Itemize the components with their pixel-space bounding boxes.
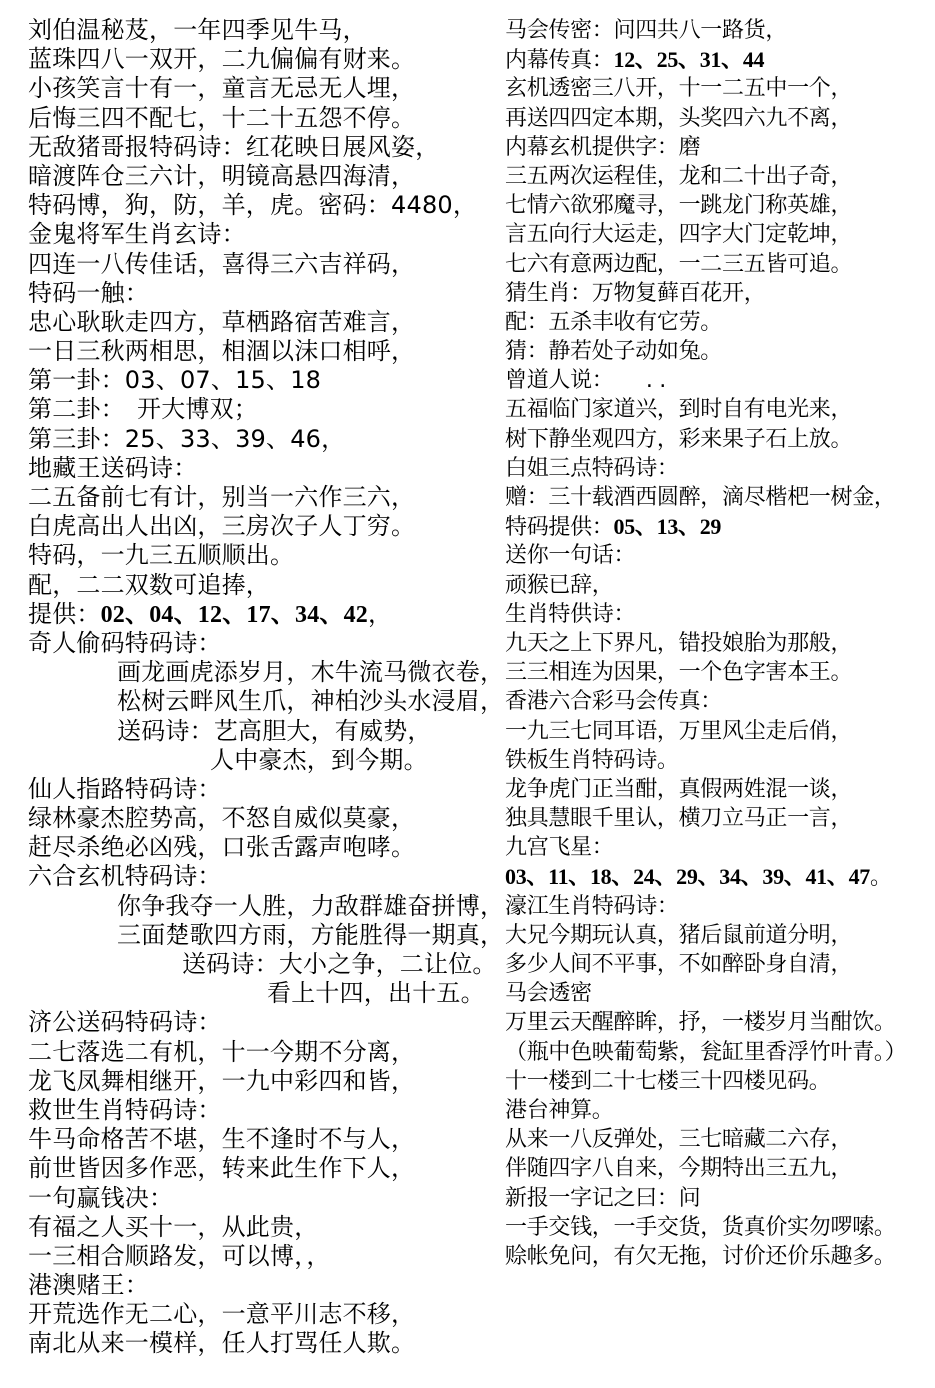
text-line: 送码诗：大小之争，二让位。 <box>28 950 500 979</box>
text-line: 赶尽杀绝必凶残，口张舌露声咆哮。 <box>28 833 500 862</box>
text-segment: ， <box>368 600 392 628</box>
text-line: 蓝珠四八一双开，二九偏偏有财来。 <box>28 45 500 74</box>
text-segment: 特码博，狗，防，羊，虎。密码：4480， <box>28 191 477 219</box>
text-line: 二五备前七有计，别当一六作三六， <box>28 483 500 512</box>
text-line: 看上十四，出十五。 <box>28 979 500 1008</box>
text-segment: 赶尽杀绝必凶残，口张舌露声咆哮。 <box>28 833 415 861</box>
text-segment: 十一楼到二十七楼三十四楼见码。 <box>505 1069 831 1094</box>
text-line: 三五两次运程佳，龙和二十出子奇， <box>505 162 935 191</box>
text-segment: 一日三秋两相思，相涸以沫口相呼， <box>28 337 415 365</box>
text-segment: 配，二二双数可追捧， <box>28 571 270 599</box>
text-line: 送码诗：艺高胆大，有威势， <box>28 717 500 746</box>
text-segment: 二五备前七有计，别当一六作三六， <box>28 483 415 511</box>
text-segment: 龙飞凤舞相继开，一九中彩四和皆， <box>28 1067 415 1095</box>
text-line: 九天之上下界凡，错投娘胎为那般， <box>505 629 935 658</box>
text-line: 特码博，狗，防，羊，虎。密码：4480， <box>28 191 500 220</box>
text-segment: 松树云畔风生爪，神柏沙头水浸眉， <box>117 687 504 715</box>
text-segment: 马会透密 <box>505 981 592 1006</box>
text-line: 从来一八反弹处，三七暗藏二六存， <box>505 1125 935 1154</box>
text-line: 生肖特供诗： <box>505 600 935 629</box>
text-segment: 一手交钱，一手交货，货真价实勿啰嗦。 <box>505 1215 896 1240</box>
text-segment: 玄机透密三八开，十一二五中一个， <box>505 76 852 101</box>
text-line: 一句赢钱决： <box>28 1184 500 1213</box>
text-segment: 四连一八传佳话，喜得三六吉祥码， <box>28 250 415 278</box>
text-line: 一手交钱，一手交货，货真价实勿啰嗦。 <box>505 1213 935 1242</box>
text-line: 暗渡阵仓三六计，明镜高悬四海清， <box>28 162 500 191</box>
text-line: 牛马命格苦不堪，生不逢时不与人， <box>28 1125 500 1154</box>
text-line: 忠心耿耿走四方，草栖路宿苦难言， <box>28 308 500 337</box>
text-line: 03、11、18、24、29、34、39、41、47。 <box>505 862 935 891</box>
text-line: 你争我夺一人胜，力敌群雄奋拼博， <box>28 892 500 921</box>
text-segment: 五福临门家道兴，到时自有电光来， <box>505 397 852 422</box>
text-line: 松树云畔风生爪，神柏沙头水浸眉， <box>28 687 500 716</box>
text-segment: 南北从来一模样，任人打骂任人欺。 <box>28 1329 415 1357</box>
text-line: 顽猴已辞， <box>505 571 935 600</box>
text-line: 开荒选作无二心，一意平川志不移， <box>28 1300 500 1329</box>
text-line: 白虎高出人出凶，三房次子人丁穷。 <box>28 512 500 541</box>
text-line: 马会透密 <box>505 979 935 1008</box>
right-text-column: 马会传密：问四共八一路货，内幕传真：12、25、31、44玄机透密三八开，十一二… <box>505 16 935 1271</box>
text-segment: 二七落选二有机，十一今期不分离， <box>28 1038 415 1066</box>
text-segment: 生肖特供诗： <box>505 602 635 627</box>
text-line: 树下静坐观四方，彩来果子石上放。 <box>505 425 935 454</box>
text-line: 特码提供：05、13、29 <box>505 512 935 541</box>
text-line: 二七落选二有机，十一今期不分离， <box>28 1038 500 1067</box>
text-segment: 救世生肖特码诗： <box>28 1096 222 1124</box>
text-segment: 一九三七同耳语，万里风尘走后俏， <box>505 719 852 744</box>
text-line: 六合玄机特码诗： <box>28 862 500 891</box>
text-segment: 第二卦： 开大博双； <box>28 395 258 423</box>
text-line: 港澳赌王： <box>28 1271 500 1300</box>
text-line: 七情六欲邪魔寻，一跳龙门称英雄， <box>505 191 935 220</box>
text-segment: 后悔三四不配七，十二十五怨不停。 <box>28 104 415 132</box>
text-segment: 送码诗：大小之争，二让位。 <box>182 950 497 978</box>
text-line: 三面楚歌四方雨，方能胜得一期真， <box>28 921 500 950</box>
text-line: 仙人指路特码诗： <box>28 775 500 804</box>
text-line: 后悔三四不配七，十二十五怨不停。 <box>28 104 500 133</box>
text-segment: 九宫飞星： <box>505 835 614 860</box>
text-segment: 特码，一九三五顺顺出。 <box>28 541 294 569</box>
text-segment: 。 <box>870 865 892 890</box>
text-segment: 从来一八反弹处，三七暗藏二六存， <box>505 1127 852 1152</box>
text-line: 九宫飞星： <box>505 833 935 862</box>
text-segment: 金鬼将军生肖玄诗： <box>28 220 246 248</box>
text-line: 内幕玄机提供字：磨 <box>505 133 935 162</box>
text-segment: 前世皆因多作恶，转来此生作下人， <box>28 1154 415 1182</box>
text-segment: 大兄今期玩认真，猪后鼠前道分明， <box>505 923 852 948</box>
text-segment: 开荒选作无二心，一意平川志不移， <box>28 1300 415 1328</box>
text-segment: 赠：三十载酒西圆醉，滴尽楷杷一树金， <box>505 485 896 510</box>
text-line: 南北从来一模样，任人打骂任人欺。 <box>28 1329 500 1358</box>
text-line: 曾道人说： . . <box>505 366 935 395</box>
text-segment: 白姐三点特码诗： <box>505 456 679 481</box>
text-segment: 牛马命格苦不堪，生不逢时不与人， <box>28 1125 415 1153</box>
text-line: 龙飞凤舞相继开，一九中彩四和皆， <box>28 1067 500 1096</box>
text-segment: 香港六合彩马会传真： <box>505 689 722 714</box>
text-segment: 独具慧眼千里认，横刀立马正一言， <box>505 806 852 831</box>
text-line: （瓶中色映葡萄紫，瓮缸里香浮竹叶青。） <box>505 1038 935 1067</box>
text-segment: 奇人偷码特码诗： <box>28 629 222 657</box>
text-segment: 地藏王送码诗： <box>28 454 197 482</box>
text-line: 大兄今期玩认真，猪后鼠前道分明， <box>505 921 935 950</box>
text-line: 言五向行大运走，四字大门定乾坤， <box>505 220 935 249</box>
text-segment: 蓝珠四八一双开，二九偏偏有财来。 <box>28 45 415 73</box>
text-line: 新报一字记之曰：问 <box>505 1184 935 1213</box>
text-segment: 暗渡阵仓三六计，明镜高悬四海清， <box>28 162 415 190</box>
text-segment: 画龙画虎添岁月，木牛流马微衣卷， <box>117 658 504 686</box>
text-line: 白姐三点特码诗： <box>505 454 935 483</box>
text-segment: 六合玄机特码诗： <box>28 862 222 890</box>
text-segment: 三面楚歌四方雨，方能胜得一期真， <box>117 921 504 949</box>
text-segment: 第三卦：25、33、39、46， <box>28 425 345 453</box>
text-line: 伴随四字八自来，今期特出三五九， <box>505 1154 935 1183</box>
text-segment: 新报一字记之曰：问 <box>505 1186 700 1211</box>
text-line: 再送四四定本期，头奖四六九不离， <box>505 104 935 133</box>
text-line: 香港六合彩马会传真： <box>505 687 935 716</box>
text-line: 独具慧眼千里认，横刀立马正一言， <box>505 804 935 833</box>
text-segment: 港台神算。 <box>505 1098 614 1123</box>
bold-number-sequence: 03、11、18、24、29、34、39、41、47 <box>505 864 870 889</box>
text-segment: 猜：静若处子动如兔。 <box>505 339 722 364</box>
text-line: 一三相合顺路发，可以博，， <box>28 1242 500 1271</box>
text-line: 第二卦： 开大博双； <box>28 395 500 424</box>
text-line: 一九三七同耳语，万里风尘走后俏， <box>505 717 935 746</box>
text-segment: 送码诗：艺高胆大，有威势， <box>117 717 432 745</box>
text-line: 特码一触： <box>28 279 500 308</box>
text-segment: 特码提供： <box>505 515 614 540</box>
text-line: 济公送码特码诗： <box>28 1008 500 1037</box>
text-segment: 刘伯温秘芨，一年四季见牛马， <box>28 16 367 44</box>
text-line: 前世皆因多作恶，转来此生作下人， <box>28 1154 500 1183</box>
bold-number-sequence: 02、04、12、17、34、42 <box>101 602 368 628</box>
text-segment: 濠江生肖特码诗： <box>505 894 679 919</box>
text-line: 万里云天醒醉眸，抒，一楼岁月当酣饮。 <box>505 1008 935 1037</box>
text-segment: 七六有意两边配，一二三五皆可追。 <box>505 252 852 277</box>
text-segment: 白虎高出人出凶，三房次子人丁穷。 <box>28 512 415 540</box>
text-line: 内幕传真：12、25、31、44 <box>505 45 935 74</box>
text-segment: 一三相合顺路发，可以博，， <box>28 1242 331 1270</box>
text-line: 赊帐免问，有欠无拖，讨价还价乐趣多。 <box>505 1242 935 1271</box>
bold-number-sequence: 12、25、31、44 <box>614 47 765 72</box>
text-segment: 顽猴已辞， <box>505 573 614 598</box>
text-segment: 七情六欲邪魔寻，一跳龙门称英雄， <box>505 193 852 218</box>
text-segment: 提供： <box>28 600 101 628</box>
text-line: 刘伯温秘芨，一年四季见牛马， <box>28 16 500 45</box>
text-segment: 配：五杀丰收有它劳。 <box>505 310 722 335</box>
text-segment: 送你一句话： <box>505 543 635 568</box>
text-line: 地藏王送码诗： <box>28 454 500 483</box>
text-line: 奇人偷码特码诗： <box>28 629 500 658</box>
text-line: 赠：三十载酒西圆醉，滴尽楷杷一树金， <box>505 483 935 512</box>
text-line: 第三卦：25、33、39、46， <box>28 425 500 454</box>
text-line: 四连一八传佳话，喜得三六吉祥码， <box>28 250 500 279</box>
text-line: 画龙画虎添岁月，木牛流马微衣卷， <box>28 658 500 687</box>
text-line: 玄机透密三八开，十一二五中一个， <box>505 74 935 103</box>
text-line: 配，二二双数可追捧， <box>28 571 500 600</box>
text-segment: 铁板生肖特码诗。 <box>505 748 679 773</box>
text-segment: 龙争虎门正当酣，真假两姓混一谈， <box>505 777 852 802</box>
text-line: 提供：02、04、12、17、34、42， <box>28 600 500 629</box>
text-line: 三三相连为因果，一个色字害本王。 <box>505 658 935 687</box>
text-segment: 仙人指路特码诗： <box>28 775 222 803</box>
text-segment: 树下静坐观四方，彩来果子石上放。 <box>505 427 852 452</box>
text-segment: 人中豪杰，到今期。 <box>210 746 428 774</box>
text-line: 铁板生肖特码诗。 <box>505 746 935 775</box>
text-segment: 内幕玄机提供字：磨 <box>505 135 700 160</box>
text-segment: 第一卦：03、07、15、18 <box>28 366 321 394</box>
text-segment: 有福之人买十一，从此贵， <box>28 1213 318 1241</box>
text-line: 一日三秋两相思，相涸以沫口相呼， <box>28 337 500 366</box>
text-line: 有福之人买十一，从此贵， <box>28 1213 500 1242</box>
text-segment: 一句赢钱决： <box>28 1184 173 1212</box>
text-segment: 九天之上下界凡，错投娘胎为那般， <box>505 631 852 656</box>
text-line: 小孩笑言十有一，童言无忌无人埋， <box>28 74 500 103</box>
text-line: 配：五杀丰收有它劳。 <box>505 308 935 337</box>
text-segment: 三五两次运程佳，龙和二十出子奇， <box>505 164 852 189</box>
text-segment: 内幕传真： <box>505 48 614 73</box>
text-line: 马会传密：问四共八一路货， <box>505 16 935 45</box>
text-segment: 赊帐免问，有欠无拖，讨价还价乐趣多。 <box>505 1244 896 1269</box>
text-segment: 看上十四，出十五。 <box>267 979 485 1007</box>
text-segment: 言五向行大运走，四字大门定乾坤， <box>505 222 852 247</box>
text-line: 龙争虎门正当酣，真假两姓混一谈， <box>505 775 935 804</box>
text-segment: 伴随四字八自来，今期特出三五九， <box>505 1156 852 1181</box>
text-segment: 多少人间不平事，不如醉卧身自清， <box>505 952 852 977</box>
text-line: 五福临门家道兴，到时自有电光来， <box>505 395 935 424</box>
left-text-column: 刘伯温秘芨，一年四季见牛马，蓝珠四八一双开，二九偏偏有财来。小孩笑言十有一，童言… <box>28 16 500 1359</box>
text-line: 港台神算。 <box>505 1096 935 1125</box>
text-line: 多少人间不平事，不如醉卧身自清， <box>505 950 935 979</box>
text-segment: 猜生肖：万物复藓百花开， <box>505 281 765 306</box>
text-line: 救世生肖特码诗： <box>28 1096 500 1125</box>
text-segment: 三三相连为因果，一个色字害本王。 <box>505 660 852 685</box>
text-segment: （瓶中色映葡萄紫，瓮缸里香浮竹叶青。） <box>505 1040 906 1065</box>
text-line: 人中豪杰，到今期。 <box>28 746 500 775</box>
text-segment: 马会传密：问四共八一路货， <box>505 18 787 43</box>
text-segment: 万里云天醒醉眸，抒，一楼岁月当酣饮。 <box>505 1010 896 1035</box>
text-line: 七六有意两边配，一二三五皆可追。 <box>505 250 935 279</box>
text-line: 无敌猪哥报特码诗：红花映日展风姿， <box>28 133 500 162</box>
text-line: 送你一句话： <box>505 541 935 570</box>
text-segment: 曾道人说： . . <box>505 368 666 393</box>
text-segment: 小孩笑言十有一，童言无忌无人埋， <box>28 74 415 102</box>
text-segment: 无敌猪哥报特码诗：红花映日展风姿， <box>28 133 439 161</box>
text-line: 猜生肖：万物复藓百花开， <box>505 279 935 308</box>
text-line: 十一楼到二十七楼三十四楼见码。 <box>505 1067 935 1096</box>
text-segment: 忠心耿耿走四方，草栖路宿苦难言， <box>28 308 415 336</box>
text-line: 绿林豪杰腔势高，不怒自威似莫豪， <box>28 804 500 833</box>
text-segment: 济公送码特码诗： <box>28 1008 222 1036</box>
text-line: 猜：静若处子动如兔。 <box>505 337 935 366</box>
text-line: 金鬼将军生肖玄诗： <box>28 220 500 249</box>
text-segment: 特码一触： <box>28 279 149 307</box>
bold-number-sequence: 05、13、29 <box>614 514 722 539</box>
text-segment: 港澳赌王： <box>28 1271 149 1299</box>
text-line: 第一卦：03、07、15、18 <box>28 366 500 395</box>
text-segment: 绿林豪杰腔势高，不怒自威似莫豪， <box>28 804 415 832</box>
text-segment: 再送四四定本期，头奖四六九不离， <box>505 106 852 131</box>
text-segment: 你争我夺一人胜，力敌群雄奋拼博， <box>117 892 504 920</box>
text-line: 特码，一九三五顺顺出。 <box>28 541 500 570</box>
text-line: 濠江生肖特码诗： <box>505 892 935 921</box>
